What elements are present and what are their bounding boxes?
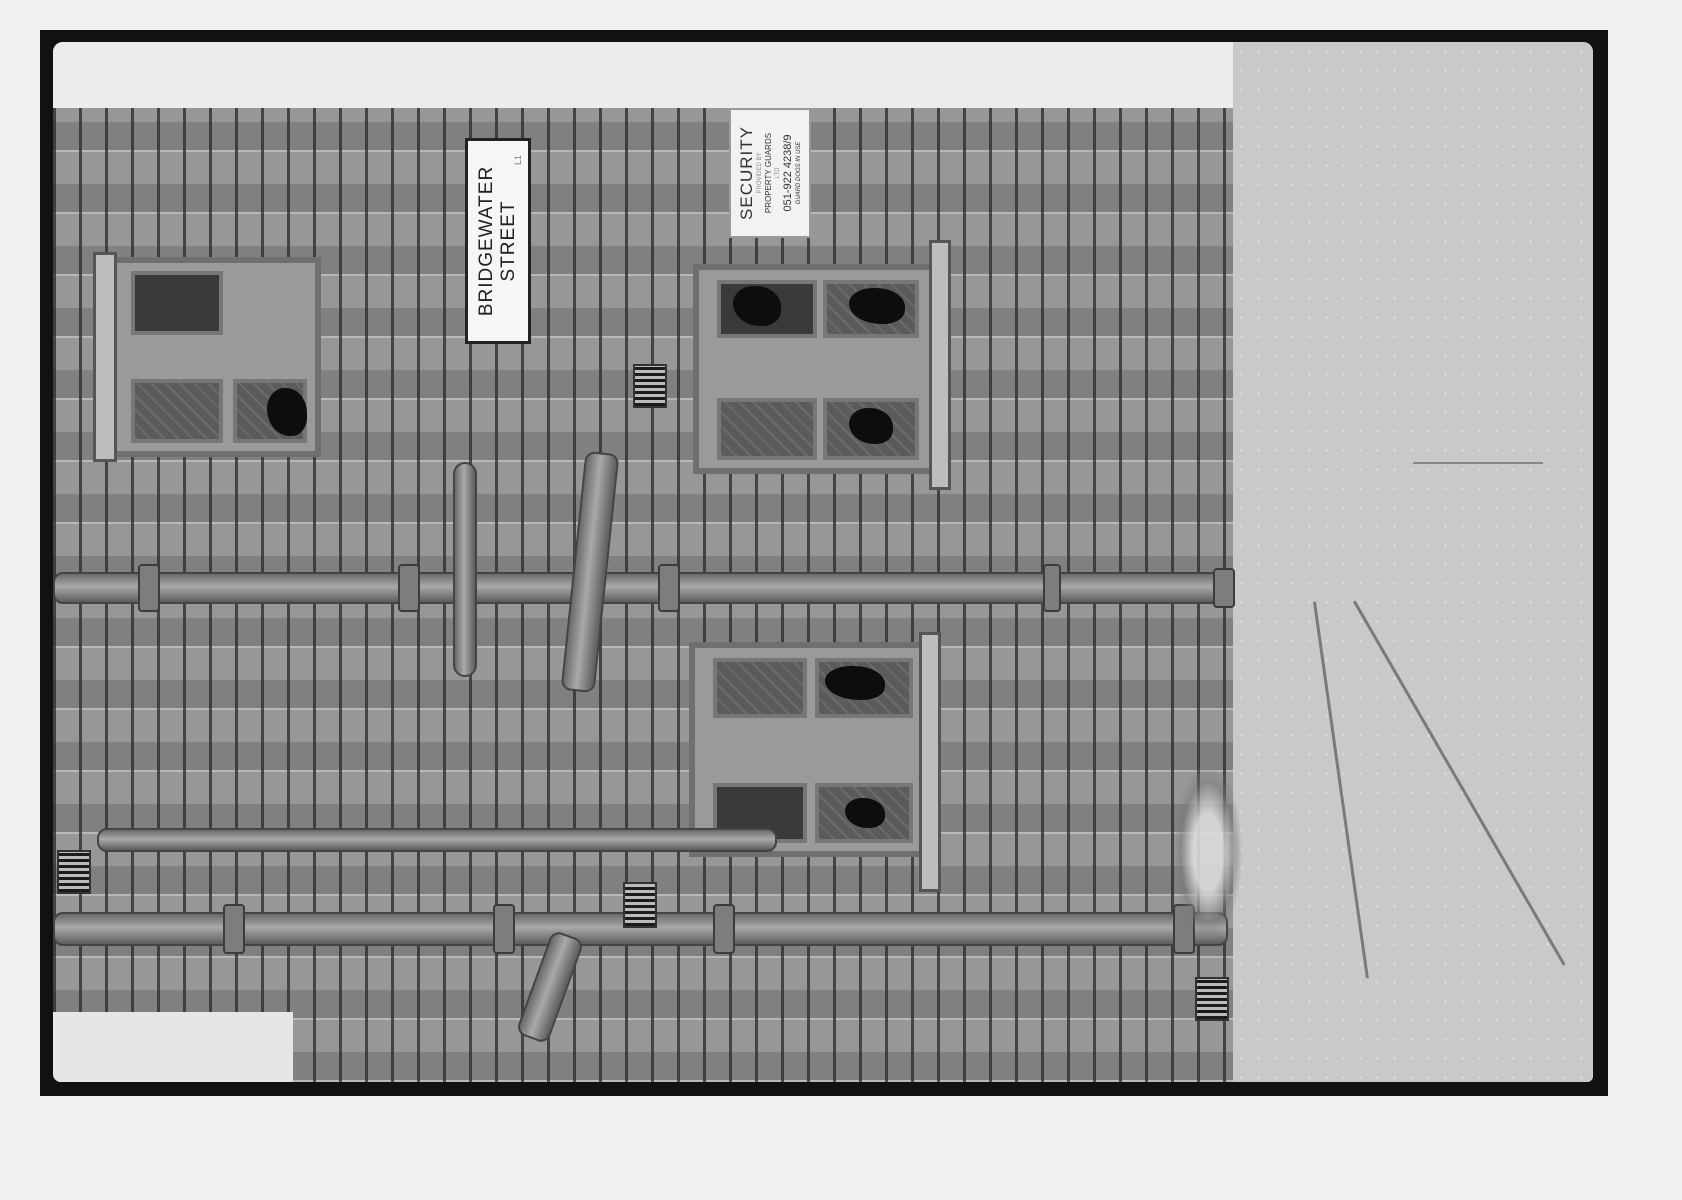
street-name-line2: STREET [498,166,520,316]
window-sill [929,240,951,490]
air-vent [1195,977,1229,1021]
drainpipe-branch [453,462,477,677]
company-suffix: LTD [774,110,782,236]
company-name: PROPERTY GUARDS [764,110,774,236]
window-lower-right [689,642,934,857]
window-sill [919,632,941,892]
street-name-line1: BRIDGEWATER [476,166,498,316]
sky-area [53,42,1233,108]
security-title: SECURITY [737,110,756,236]
air-vent [57,850,91,894]
sky-corner [53,1012,293,1082]
window-sill [93,252,117,462]
air-vent [633,364,667,408]
provided-by: PROVIDED BY [756,110,764,236]
drainpipe [97,828,777,852]
postal-district: L1 [513,155,523,165]
weeds [1173,762,1243,942]
security-notice-sign: SECURITY PROVIDED BY PROPERTY GUARDS LTD… [729,108,811,238]
pavement [1233,42,1593,1082]
phone-number: 051-922 4238/9 [782,110,795,236]
street-name: BRIDGEWATER STREET [476,166,520,316]
photograph: BRIDGEWATER STREET L1 SECURITY PROVIDED … [53,42,1593,1082]
window-upper-left [111,257,321,457]
air-vent [623,882,657,928]
window-upper-right [693,264,943,474]
street-name-sign: BRIDGEWATER STREET L1 [465,138,531,344]
guard-dogs-notice: GUARD DOGS IN USE [795,110,803,236]
